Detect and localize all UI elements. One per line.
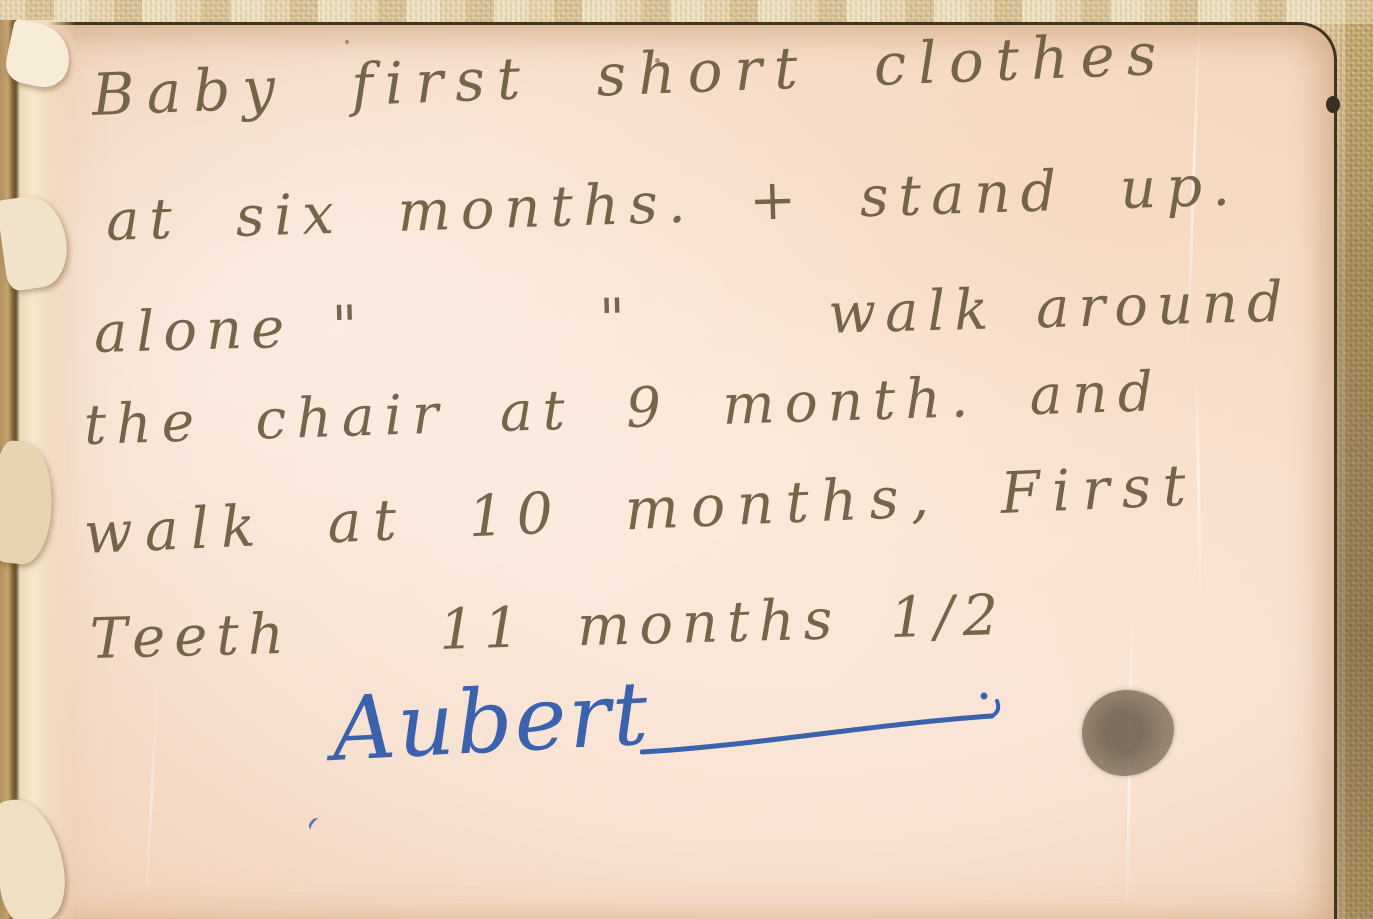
dark-spot (1326, 96, 1340, 113)
book-cover-fabric-right (1333, 0, 1373, 919)
scanned-page: Baby first short clothes at six months. … (0, 0, 1373, 919)
signature-flourish (640, 688, 1030, 772)
signature: Aubert (330, 669, 652, 774)
book-cover-fabric-top (0, 0, 1373, 24)
paper-speck (345, 40, 349, 44)
